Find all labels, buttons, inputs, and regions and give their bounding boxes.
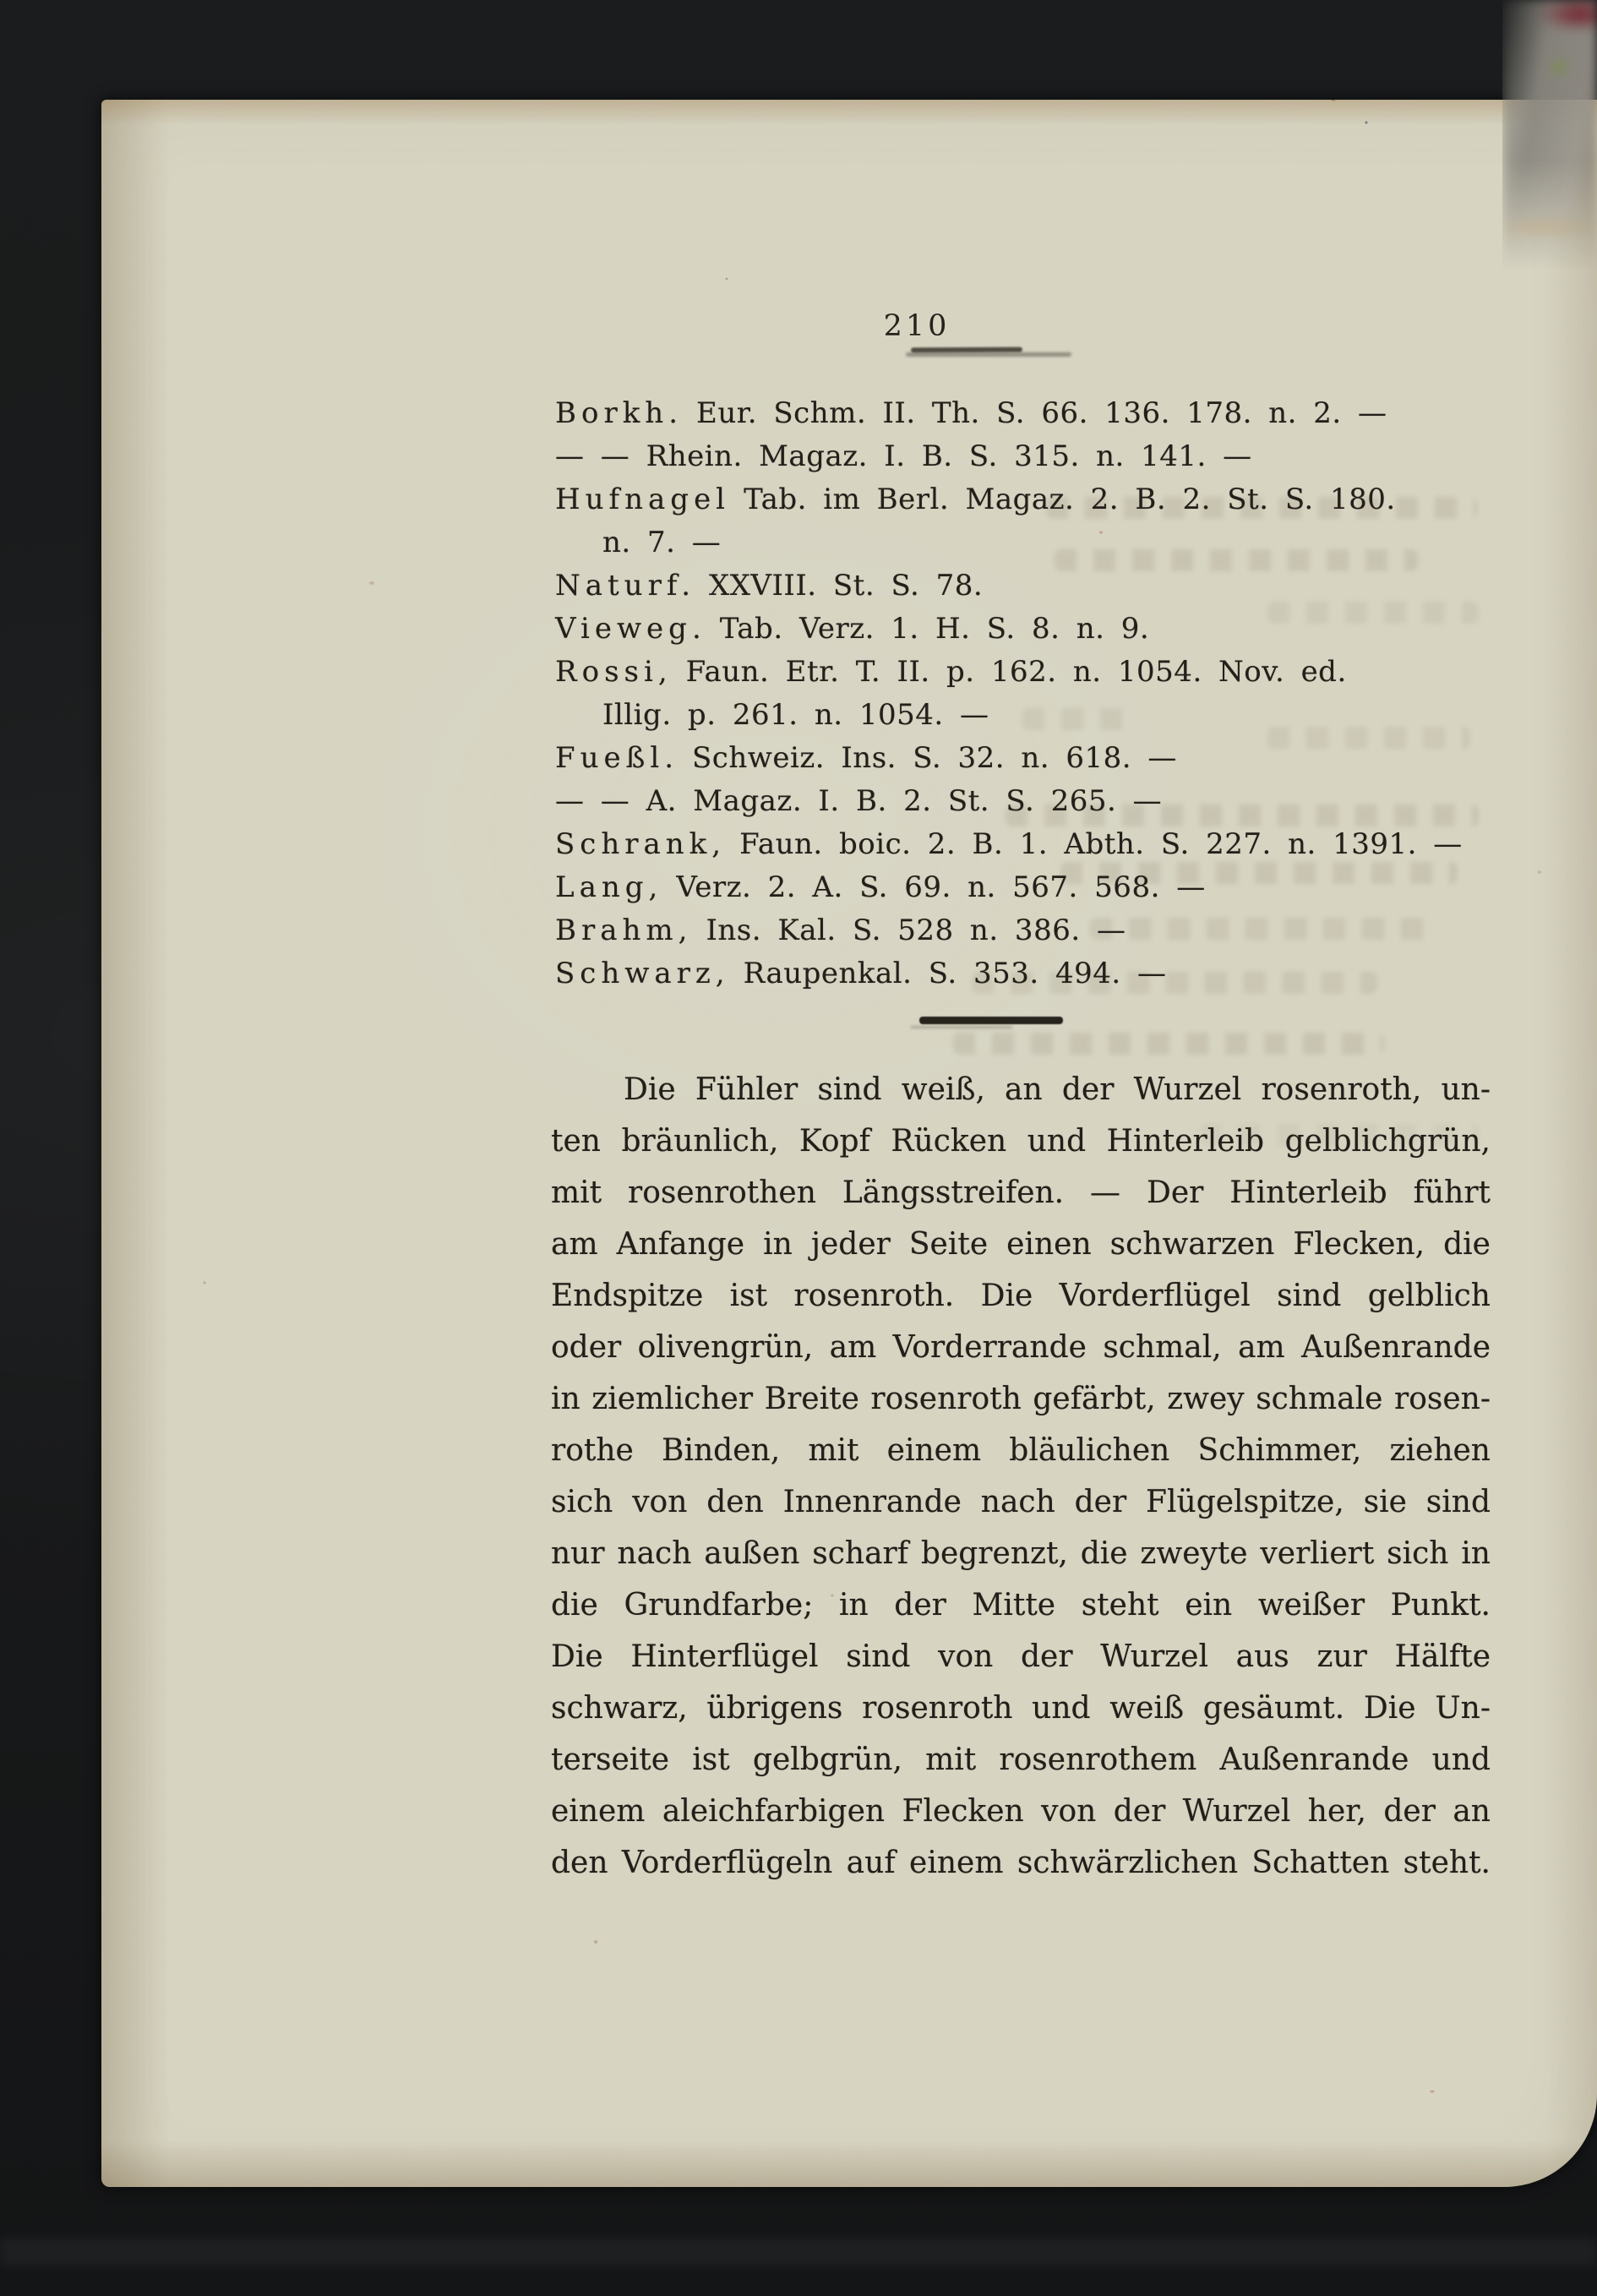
reference-text: Illig. p. 261. n. 1054. — bbox=[602, 698, 989, 732]
reference-line: HufnagelTab. im Berl. Magaz. 2. B. 2. St… bbox=[555, 478, 1497, 521]
reference-text: Verz. 2. A. S. 69. n. 567. 568. — bbox=[676, 870, 1205, 904]
body-line: einem aleichfarbigen Flecken von der Wur… bbox=[551, 1786, 1491, 1837]
reference-author: Lang, bbox=[555, 870, 662, 904]
reference-text: Faun. Etr. T. II. p. 162. n. 1054. Nov. … bbox=[686, 655, 1347, 689]
body-line: terseite ist gelbgrün, mit rosenrothem A… bbox=[551, 1734, 1491, 1786]
book-page-scan: 210 Borkh.Eur. Schm. II. Th. S. 66. 136.… bbox=[0, 0, 1597, 2296]
reference-line: Vieweg.Tab. Verz. 1. H. S. 8. n. 9. bbox=[555, 608, 1497, 651]
reference-list: Borkh.Eur. Schm. II. Th. S. 66. 136. 178… bbox=[555, 392, 1497, 995]
reference-line: — — A. Magaz. I. B. 2. St. S. 265. — bbox=[555, 780, 1497, 823]
reference-line: Brahm,Ins. Kal. S. 528 n. 386. — bbox=[555, 909, 1497, 952]
reference-line: Rossi,Faun. Etr. T. II. p. 162. n. 1054.… bbox=[555, 651, 1497, 694]
body-line: die Grundfarbe; in der Mitte steht ein w… bbox=[551, 1579, 1491, 1631]
reference-author: Schrank, bbox=[555, 827, 726, 861]
reference-author: Schwarz, bbox=[555, 957, 730, 990]
reference-author: Naturf. bbox=[555, 569, 695, 603]
reference-line: — — Rhein. Magaz. I. B. S. 315. n. 141. … bbox=[555, 435, 1497, 478]
body-line: oder olivengrün, am Vorderrande schmal, … bbox=[551, 1322, 1491, 1373]
reference-author: Brahm, bbox=[555, 913, 692, 947]
reference-line: Illig. p. 261. n. 1054. — bbox=[555, 694, 1497, 737]
reference-line: Naturf.XXVIII. St. S. 78. bbox=[555, 564, 1497, 608]
reference-text: — — A. Magaz. I. B. 2. St. S. 265. — bbox=[555, 784, 1162, 818]
reference-text: Raupenkal. S. 353. 494. — bbox=[744, 957, 1167, 990]
reference-text: Ins. Kal. S. 528 n. 386. — bbox=[706, 913, 1126, 947]
reference-text: Tab. im Berl. Magaz. 2. B. 2. St. S. 180… bbox=[744, 483, 1396, 516]
reference-line: Borkh.Eur. Schm. II. Th. S. 66. 136. 178… bbox=[555, 392, 1497, 435]
reference-author: Borkh. bbox=[555, 396, 683, 430]
section-divider bbox=[919, 1017, 1063, 1024]
page-number-rule-smudge bbox=[906, 352, 1071, 357]
body-line: sich von den Innenrande nach der Flügels… bbox=[551, 1476, 1491, 1528]
reference-text: Faun. boic. 2. B. 1. Abth. S. 227. n. 13… bbox=[739, 827, 1463, 861]
body-line: nur nach außen scharf begrenzt, die zwey… bbox=[551, 1528, 1491, 1579]
description-paragraph: Die Fühler sind weiß, an der Wurzel rose… bbox=[551, 1064, 1491, 1889]
reference-text: Schweiz. Ins. S. 32. n. 618. — bbox=[692, 741, 1177, 775]
reference-text: Eur. Schm. II. Th. S. 66. 136. 178. n. 2… bbox=[696, 396, 1387, 430]
reference-line: Lang,Verz. 2. A. S. 69. n. 567. 568. — bbox=[555, 866, 1497, 909]
reference-text: n. 7. — bbox=[602, 526, 721, 559]
reference-line: n. 7. — bbox=[555, 521, 1497, 564]
body-line: am Anfange in jeder Seite einen schwarze… bbox=[551, 1219, 1491, 1270]
body-line: mit rosenrothen Längsstreifen. — Der Hin… bbox=[551, 1167, 1491, 1219]
reference-line: Schrank,Faun. boic. 2. B. 1. Abth. S. 22… bbox=[555, 823, 1497, 866]
reference-line: Schwarz,Raupenkal. S. 353. 494. — bbox=[555, 952, 1497, 995]
reference-text: — — Rhein. Magaz. I. B. S. 315. n. 141. … bbox=[555, 439, 1252, 473]
printed-content: 210 Borkh.Eur. Schm. II. Th. S. 66. 136.… bbox=[0, 0, 1597, 2296]
reference-author: Hufnagel bbox=[555, 483, 730, 516]
body-line: ten bräunlich, Kopf Rücken und Hinterlei… bbox=[551, 1115, 1491, 1167]
body-line: schwarz, übrigens rosenroth und weiß ges… bbox=[551, 1682, 1491, 1734]
body-line: Die Hinterflügel sind von der Wurzel aus… bbox=[551, 1631, 1491, 1682]
body-line: rothe Binden, mit einem bläulichen Schim… bbox=[551, 1425, 1491, 1476]
reference-text: Tab. Verz. 1. H. S. 8. n. 9. bbox=[720, 612, 1149, 646]
body-line: Die Fühler sind weiß, an der Wurzel rose… bbox=[551, 1064, 1491, 1115]
reference-line: Fueßl.Schweiz. Ins. S. 32. n. 618. — bbox=[555, 737, 1497, 780]
body-line: den Vorderflügeln auf einem schwärzliche… bbox=[551, 1837, 1491, 1889]
body-line: Endspitze ist rosenroth. Die Vorderflüge… bbox=[551, 1270, 1491, 1322]
reference-author: Fueßl. bbox=[555, 741, 679, 775]
page-number: 210 bbox=[870, 309, 963, 343]
reference-author: Vieweg. bbox=[555, 612, 706, 646]
reference-text: XXVIII. St. S. 78. bbox=[709, 569, 983, 603]
body-line: in ziemlicher Breite rosenroth gefärbt, … bbox=[551, 1373, 1491, 1425]
reference-author: Rossi, bbox=[555, 655, 673, 689]
